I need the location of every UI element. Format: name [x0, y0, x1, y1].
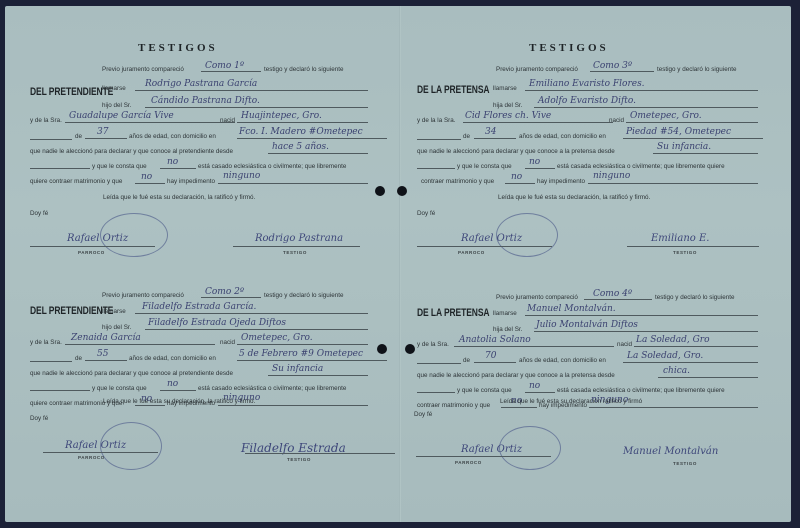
nombre-value: Rodrigo Pastrana García	[145, 79, 257, 89]
blank-field[interactable]	[30, 130, 72, 140]
section-label: DEL PRETENDIENTE	[30, 304, 113, 317]
parroco-signature: Rafael Ortiz	[461, 233, 522, 244]
casado-value: no	[529, 157, 540, 167]
hijo-label: hijo del Sr.	[102, 101, 131, 110]
impedimento-label: hay impedimento	[167, 177, 215, 186]
comparecio-value: Como 4º	[593, 289, 632, 299]
consta-label: y que le consta que	[92, 384, 147, 393]
nacido-label: nacid	[609, 116, 624, 125]
testigo-label: testigo y declaró lo siguiente	[657, 65, 736, 74]
padre-value: Julio Montalván Diftos	[536, 320, 638, 330]
domicilio-value: 5 de Febrero #9 Ometepec	[239, 349, 363, 359]
llamarse-label: llamarse	[102, 307, 126, 316]
punch-hole	[397, 186, 407, 196]
punch-hole	[377, 344, 387, 354]
consta-label: y que le consta que	[457, 162, 512, 171]
hija-label: hija del Sr.	[493, 101, 522, 110]
quiere-label: quiere contraer matrimonio y que	[30, 177, 122, 186]
domicilio-value: Piedad #54, Ometepec	[626, 127, 731, 137]
llamarse-label: llamarse	[493, 84, 517, 93]
nombre-value: Manuel Montalván.	[527, 304, 616, 314]
testigo-signature: Emiliano E.	[651, 233, 709, 244]
testigo-signature: Manuel Montalván	[623, 446, 718, 457]
parroco-caption: PARROCO	[78, 455, 105, 460]
conoce-value: Su infancia	[272, 364, 323, 374]
doy-fe-text: Doy fé	[417, 209, 435, 218]
testigo-caption: TESTIGO	[283, 250, 307, 255]
casado-rest-label: está casada eclesiástica o civilmente; q…	[557, 162, 725, 171]
consta-label: y que le consta que	[457, 386, 512, 395]
parroco-signature: Rafael Ortiz	[65, 440, 126, 451]
punch-hole	[405, 344, 415, 354]
nacido-value: La Soledad, Gro	[636, 335, 710, 345]
edad-value: 37	[97, 127, 108, 137]
madre-label: y de la la Sra.	[417, 116, 456, 125]
edad-value: 34	[485, 127, 496, 137]
blank-field-2[interactable]	[417, 159, 455, 169]
madre-value: Anatolia Solano	[459, 335, 531, 345]
impedimento-que-value: no	[141, 172, 152, 182]
de-label: de	[75, 354, 82, 363]
madre-value: Cid Flores ch. Vive	[465, 111, 551, 121]
nombre-value: Filadelfo Estrada García.	[142, 302, 256, 312]
nadie-label: que nadie le aleccionó para declarar y q…	[417, 147, 615, 156]
conoce-value: Su infancia.	[657, 142, 711, 152]
casado-rest-label: está casado eclesiástica o civilmente; q…	[198, 384, 346, 393]
nadie-label: que nadie le aleccionó para declarar y q…	[30, 369, 233, 378]
testigo-label: testigo y declaró lo siguiente	[264, 291, 343, 300]
madre-value: Zenaida García	[71, 333, 141, 343]
leida-text: Leída que le fué esta su declaración, la…	[498, 193, 650, 202]
parroco-signature-line	[30, 246, 155, 247]
madre-value: Guadalupe García Vive	[69, 111, 174, 121]
comparecio-value: Como 1º	[205, 61, 244, 71]
testigo-label: testigo y declaró lo siguiente	[655, 293, 734, 302]
casado-value: no	[167, 379, 178, 389]
padre-value: Filadelfo Estrada Ojeda Diftos	[148, 318, 286, 328]
contraer-label: contraer matrimonio y que	[421, 177, 494, 186]
testigo-signature-line	[627, 246, 759, 247]
doy-fe-text: Doy fé	[30, 209, 48, 218]
impedimento-que-value: no	[511, 172, 522, 182]
conoce-value: hace 5 años.	[272, 142, 329, 152]
witness-block-1: Previo juramento compareció Como 1º test…	[5, 6, 400, 256]
casado-value: no	[529, 381, 540, 391]
nadie-label: que nadie le aleccionó para declarar y q…	[417, 371, 615, 380]
madre-label: y de la Sra.	[30, 116, 62, 125]
anos-label: años de edad, con domicilio en	[519, 356, 606, 365]
nacido-label: nacid	[220, 338, 235, 347]
parroco-signature: Rafael Ortiz	[461, 444, 522, 455]
comparecio-value: Como 3º	[593, 61, 632, 71]
witness-block-3: Previo juramento compareció Como 2º test…	[5, 256, 400, 506]
de-label: de	[463, 132, 470, 141]
hija-label: hija del Sr.	[493, 325, 522, 334]
anos-label: años de edad, con domicilio en	[129, 354, 216, 363]
blank-field[interactable]	[30, 352, 72, 362]
parroco-signature-line	[43, 452, 158, 453]
consta-label: y que le consta que	[92, 162, 147, 171]
edad-value: 70	[485, 351, 496, 361]
impedimento-label: hay impedimento	[537, 177, 585, 186]
blank-field-2[interactable]	[30, 159, 90, 169]
section-label: DE LA PRETENSA	[417, 306, 489, 319]
previo-label: Previo juramento compareció	[496, 293, 578, 302]
edad-value: 55	[97, 349, 108, 359]
punch-hole	[375, 186, 385, 196]
testigo-signature-line	[245, 453, 395, 454]
domicilio-value: Fco. I. Madero #Ometepec	[239, 127, 363, 137]
nombre-value: Emiliano Evaristo Flores.	[529, 79, 645, 89]
parroco-caption: PARROCO	[458, 250, 485, 255]
witness-block-2: Previo juramento compareció Como 3º test…	[401, 6, 796, 256]
leida-text: Leída que le fué esta su declaración, la…	[103, 397, 255, 406]
testigo-caption: TESTIGO	[287, 457, 311, 462]
madre-label: y de la Sra.	[30, 338, 62, 347]
parroco-signature-line	[417, 246, 552, 247]
nadie-label: que nadie le aleccionó para declarar y q…	[30, 147, 233, 156]
anos-label: años de edad, con domicilio en	[129, 132, 216, 141]
nacido-label: nacid	[220, 116, 235, 125]
section-label: DEL PRETENDIENTE	[30, 85, 113, 98]
nacido-value: Huajintepec, Gro.	[241, 111, 322, 121]
domicilio-value: La Soledad, Gro.	[627, 351, 703, 361]
doy-fe-text: Doy fé	[414, 410, 432, 419]
previo-label: Previo juramento compareció	[102, 65, 184, 74]
anos-label: años de edad, con domicilio en	[519, 132, 606, 141]
de-label: de	[463, 356, 470, 365]
doy-fe-text: Doy fé	[30, 414, 48, 423]
de-label: de	[75, 132, 82, 141]
padre-value: Cándido Pastrana Difto.	[151, 96, 260, 106]
impedimento-value: ninguno	[593, 171, 630, 181]
blank-field[interactable]	[417, 354, 461, 364]
previo-label: Previo juramento compareció	[102, 291, 184, 300]
casado-value: no	[167, 157, 178, 167]
left-page: TESTIGOS Previo juramento compareció Com…	[5, 6, 400, 522]
section-label: DE LA PRETENSA	[417, 83, 489, 96]
parroco-signature: Rafael Ortiz	[67, 233, 128, 244]
witness-block-4: Previo juramento compareció Como 4º test…	[401, 256, 796, 506]
blank-field-2[interactable]	[417, 383, 455, 393]
testigo-signature: Rodrigo Pastrana	[255, 233, 343, 244]
leida-text: Leída que le fué esta su declaración rat…	[500, 397, 642, 406]
casado-rest-label: está casada eclesiástica o civilmente; q…	[557, 386, 725, 395]
llamarse-label: llamarse	[493, 309, 517, 318]
comparecio-value: Como 2º	[205, 287, 244, 297]
contraer-label: contraer matrimonio y que	[417, 401, 490, 410]
nacido-value: Ometepec, Gro.	[630, 111, 702, 121]
parroco-caption: PARROCO	[78, 250, 105, 255]
nacido-label: nacid	[617, 340, 632, 349]
testigo-caption: TESTIGO	[673, 461, 697, 466]
blank-field-2[interactable]	[30, 381, 90, 391]
conoce-value: chica.	[663, 366, 690, 376]
right-page: TESTIGOS Previo juramento compareció Com…	[401, 6, 796, 522]
testigo-signature-line	[233, 246, 360, 247]
padre-value: Adolfo Evaristo Difto.	[538, 96, 636, 106]
llamarse-label: llamarse	[102, 84, 126, 93]
blank-field[interactable]	[417, 130, 461, 140]
parroco-signature-line	[416, 456, 551, 457]
parroco-caption: PARROCO	[455, 460, 482, 465]
testigo-label: testigo y declaró lo siguiente	[264, 65, 343, 74]
impedimento-value: ninguno	[223, 171, 260, 181]
casado-rest-label: está casado eclesiástica o civilmente; q…	[198, 162, 346, 171]
testigo-caption: TESTIGO	[673, 250, 697, 255]
hijo-label: hijo del Sr.	[102, 323, 131, 332]
previo-label: Previo juramento compareció	[496, 65, 578, 74]
madre-label: y de la Sra.	[417, 340, 449, 349]
nacido-value: Ometepec, Gro.	[241, 333, 313, 343]
leida-text: Leída que le fué esta su declaración, la…	[103, 193, 255, 202]
